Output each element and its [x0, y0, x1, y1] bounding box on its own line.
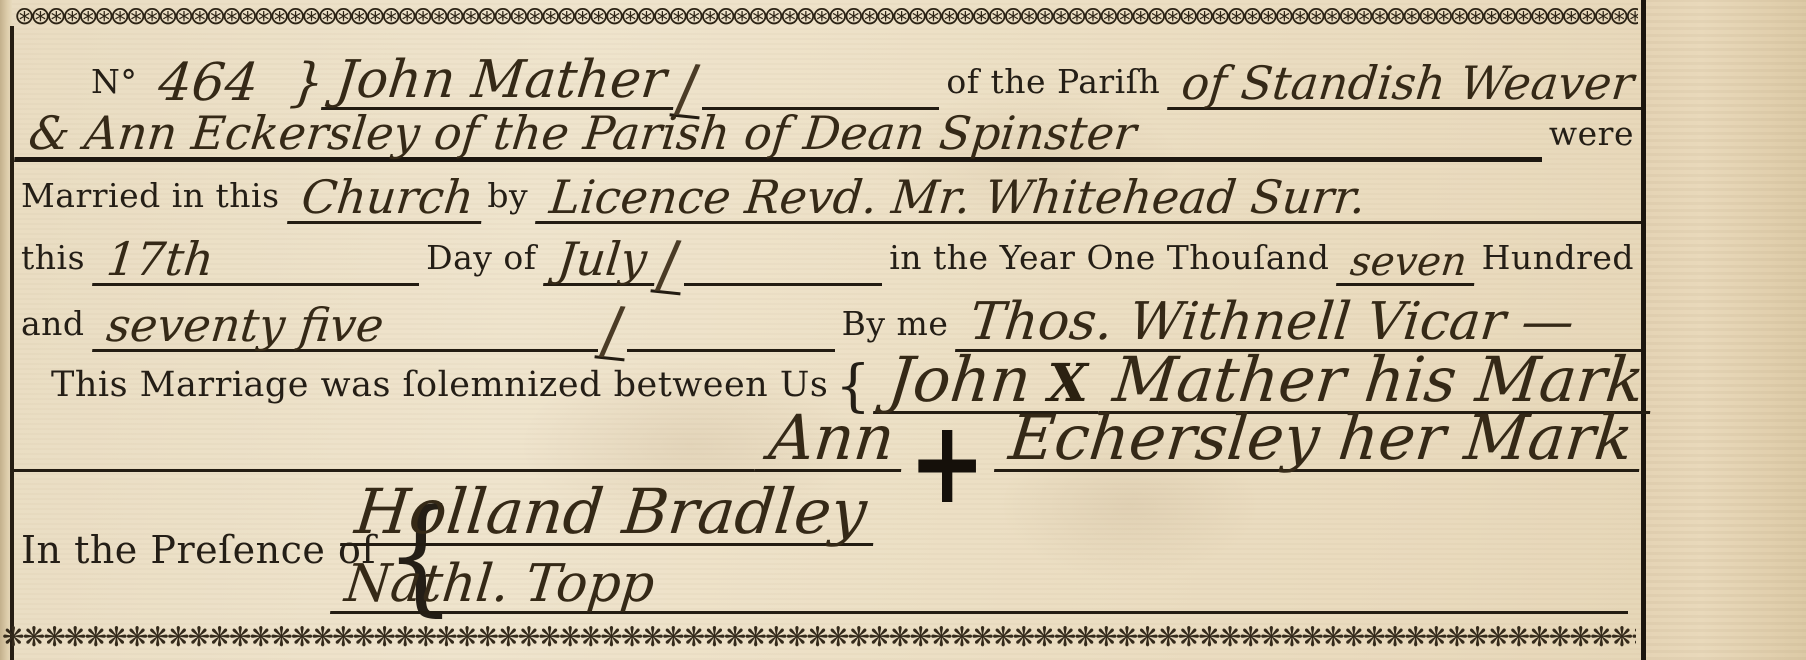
space — [14, 410, 44, 414]
page-right-margin — [1646, 0, 1806, 660]
groom-name: John Mather — [321, 57, 678, 110]
printed-were: were — [1542, 114, 1641, 162]
printed-and: and — [14, 304, 92, 352]
groom-parish-occupation: of Standish Weaver — [1167, 63, 1646, 110]
bride-line: & Ann Eckersley of the Parish of Dean Sp… — [14, 112, 1641, 162]
bride-signature-first: Ann — [754, 410, 907, 472]
marriage-authority: Licence Revd. Mr. Whitehead Surr. — [535, 177, 1378, 224]
printed-married-in-this: Married in this — [14, 176, 287, 224]
handwritten-brace: } — [276, 60, 326, 110]
ruled-blank — [221, 271, 419, 286]
year-hundreds: seven — [1336, 244, 1479, 286]
bride-details: & Ann Eckersley of the Parish of Dean Sp… — [14, 113, 1148, 162]
printed-by: by — [480, 176, 535, 224]
entry-number-label: N° — [84, 62, 144, 110]
witness-2-signature: Nathl. Topp — [330, 561, 667, 614]
printed-solemnized: This Marriage was ſolemnized between Us — [44, 365, 835, 414]
printed-day-of: Day of — [419, 238, 543, 286]
ruled-blank — [661, 599, 1628, 614]
rosette-border-icon: ⊛⊛⊛⊛⊛⊛⊛⊛⊛⊛⊛⊛⊛⊛⊛⊛⊛⊛⊛⊛⊛⊛⊛⊛⊛⊛⊛⊛⊛⊛⊛⊛⊛⊛⊛⊛⊛⊛⊛⊛… — [14, 2, 1638, 32]
printed-this: this — [14, 238, 92, 286]
printed-year-one-thousand: in the Year One Thouſand — [882, 238, 1336, 286]
ruled-blank — [627, 337, 834, 352]
bride-signature-line: Ann+Echersley her Mark — [14, 416, 1641, 472]
marriage-place: Church — [287, 177, 486, 224]
printed-in-presence-of: In the Preſence of — [14, 528, 383, 602]
register-page: ⊛⊛⊛⊛⊛⊛⊛⊛⊛⊛⊛⊛⊛⊛⊛⊛⊛⊛⊛⊛⊛⊛⊛⊛⊛⊛⊛⊛⊛⊛⊛⊛⊛⊛⊛⊛⊛⊛⊛⊛… — [0, 0, 1806, 660]
bride-signature-rest: Echersley her Mark — [994, 410, 1645, 472]
star-border-icon: ❋❋❋❋❋❋❋❋❋❋❋❋❋❋❋❋❋❋❋❋❋❋❋❋❋❋❋❋❋❋❋❋❋❋❋❋❋❋❋❋… — [2, 622, 1636, 656]
marriage-month: July — [543, 239, 659, 286]
ruled-blank — [684, 271, 882, 286]
printed-hundred: Hundred — [1475, 238, 1641, 286]
pen-stroke: ∕ — [651, 238, 686, 295]
pen-stroke: ∕ — [594, 304, 629, 361]
year-tens: seventy five — [92, 305, 396, 352]
witness-1-line: Holland Bradley — [340, 468, 873, 546]
married-line: Married in thisChurchbyLicence Revd. Mr.… — [14, 166, 1641, 224]
entry-header-line: N°464}John Mather∕of the Pariſhof Standi… — [14, 36, 1641, 110]
ruled-blank — [1373, 209, 1641, 224]
marriage-day: 17th — [92, 239, 226, 286]
entry-number-value: 464 — [144, 60, 270, 110]
witness-2-line: Nathl. Topp — [330, 552, 1628, 614]
ruled-blank — [390, 337, 597, 352]
date-line: this17thDay ofJuly∕in the Year One Thouſ… — [14, 228, 1641, 286]
ruled-blank — [1143, 145, 1542, 162]
witness-1-signature: Holland Bradley — [340, 484, 879, 546]
printed-of-the-parish: of the Pariſh — [939, 62, 1167, 110]
